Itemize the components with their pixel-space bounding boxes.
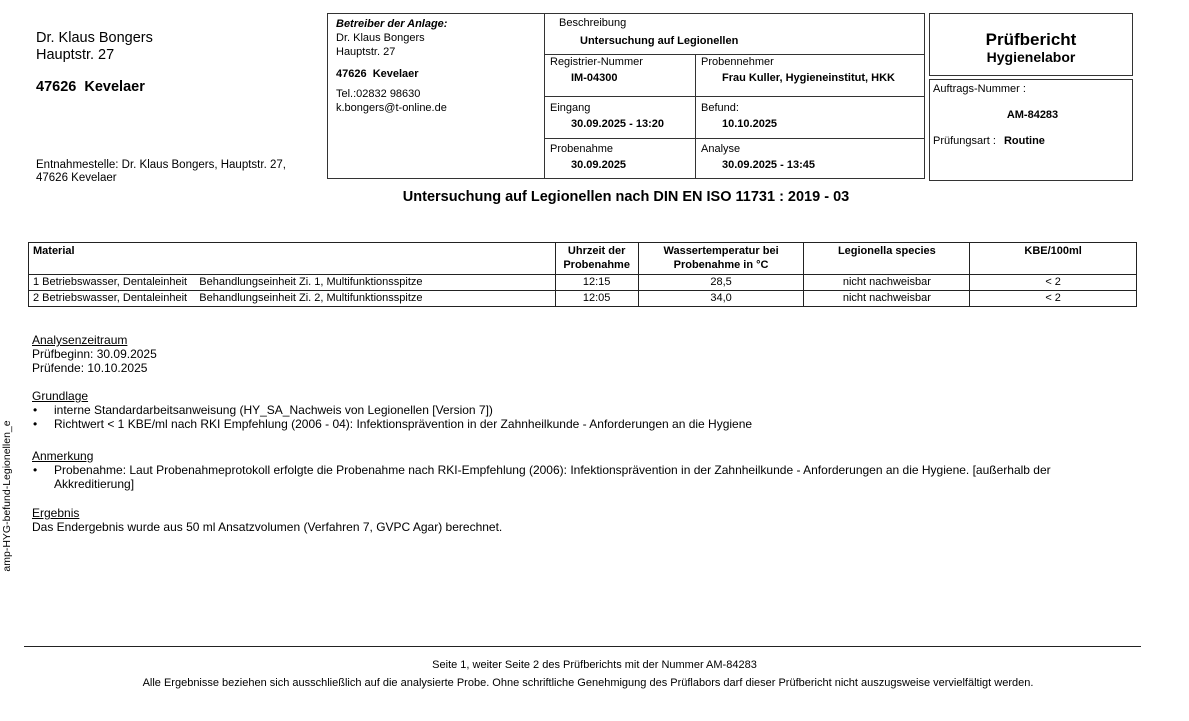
section-heading: Anmerkung xyxy=(32,449,1122,463)
cell-material: 1 Betriebswasser, Dentaleinheit Behandlu… xyxy=(29,275,556,291)
col-header-species: Legionella species xyxy=(804,243,970,275)
divider xyxy=(695,55,696,178)
table-header-row: Material Uhrzeit der Probenahme Wasserte… xyxy=(29,243,1137,275)
befund-cell: Befund: 10.10.2025 xyxy=(696,102,924,131)
list-item: interne Standardarbeitsanweisung (HY_SA_… xyxy=(32,403,1122,417)
cell-kbe: < 2 xyxy=(970,291,1137,307)
eingang-label: Eingang xyxy=(550,102,695,115)
analyse-cell: Analyse 30.09.2025 - 13:45 xyxy=(696,143,924,172)
operator-street: Hauptstr. 27 xyxy=(336,45,544,59)
section-analysenzeitraum: Analysenzeitraum Prüfbeginn: 30.09.2025 … xyxy=(32,333,1122,375)
footer-page-info: Seite 1, weiter Seite 2 des Prüfberichts… xyxy=(0,659,1189,671)
table-row: 1 Betriebswasser, Dentaleinheit Behandlu… xyxy=(29,275,1137,291)
test-type: Prüfungsart :Routine xyxy=(933,135,1132,147)
report-title-box: Prüfbericht Hygienelabor xyxy=(929,13,1133,76)
list-item: Richtwert < 1 KBE/ml nach RKI Empfehlung… xyxy=(32,417,1122,431)
recipient-name: Dr. Klaus Bongers xyxy=(36,30,153,47)
report-title: Prüfbericht xyxy=(930,31,1132,49)
section-anmerkung: Anmerkung Probenahme: Laut Probenahmepro… xyxy=(32,449,1122,491)
beschreibung-value: Untersuchung auf Legionellen xyxy=(580,34,924,48)
cell-time: 12:05 xyxy=(555,291,638,307)
side-document-code: amp-HYG-befund-Legionellen_e xyxy=(1,406,13,586)
anmerkung-list: Probenahme: Laut Probenahmeprotokoll erf… xyxy=(32,463,1122,491)
sample-info-grid: Beschreibung Untersuchung auf Legionelle… xyxy=(545,13,925,179)
test-end: Prüfende: 10.10.2025 xyxy=(32,361,1122,375)
divider xyxy=(545,138,924,139)
cell-material: 2 Betriebswasser, Dentaleinheit Behandlu… xyxy=(29,291,556,307)
order-label: Auftrags-Nummer : xyxy=(933,83,1132,95)
test-start: Prüfbeginn: 30.09.2025 xyxy=(32,347,1122,361)
cell-temperature: 34,0 xyxy=(638,291,804,307)
section-ergebnis: Ergebnis Das Endergebnis wurde aus 50 ml… xyxy=(32,506,1122,534)
registrier-value: IM-04300 xyxy=(571,71,695,85)
ergebnis-text: Das Endergebnis wurde aus 50 ml Ansatzvo… xyxy=(32,520,1122,534)
probennehmer-label: Probennehmer xyxy=(701,56,924,69)
befund-label: Befund: xyxy=(701,102,924,115)
operator-email: k.bongers@t-online.de xyxy=(336,101,544,115)
table-row: 2 Betriebswasser, Dentaleinheit Behandlu… xyxy=(29,291,1137,307)
cell-time: 12:15 xyxy=(555,275,638,291)
grundlage-list: interne Standardarbeitsanweisung (HY_SA_… xyxy=(32,403,1122,431)
operator-heading: Betreiber der Anlage: xyxy=(336,17,544,31)
section-heading: Ergebnis xyxy=(32,506,1122,520)
probennehmer-value: Frau Kuller, Hygieneinstitut, HKK xyxy=(722,71,924,85)
probenahme-label: Probenahme xyxy=(550,143,695,156)
col-header-time: Uhrzeit der Probenahme xyxy=(555,243,638,275)
operator-city: 47626 Kevelaer xyxy=(336,67,544,81)
probenahme-value: 30.09.2025 xyxy=(571,158,695,172)
analyse-value: 30.09.2025 - 13:45 xyxy=(722,158,924,172)
eingang-cell: Eingang 30.09.2025 - 13:20 xyxy=(545,102,695,131)
list-item: Probenahme: Laut Probenahmeprotokoll erf… xyxy=(32,463,1122,491)
registrier-label: Registrier-Nummer xyxy=(550,56,695,69)
divider xyxy=(545,54,924,55)
section-grundlage: Grundlage interne Standardarbeitsanweisu… xyxy=(32,389,1122,431)
cell-temperature: 28,5 xyxy=(638,275,804,291)
beschreibung-cell: Beschreibung Untersuchung auf Legionelle… xyxy=(554,17,924,48)
footer-disclaimer: Alle Ergebnisse beziehen sich ausschließ… xyxy=(0,677,1176,689)
recipient-address: Dr. Klaus Bongers Hauptstr. 27 47626 Kev… xyxy=(36,30,153,96)
recipient-city: 47626 Kevelaer xyxy=(36,79,153,96)
registrier-cell: Registrier-Nummer IM-04300 xyxy=(545,56,695,85)
col-header-kbe: KBE/100ml xyxy=(970,243,1137,275)
col-header-temperature: Wassertemperatur bei Probenahme in °C xyxy=(638,243,804,275)
divider xyxy=(545,96,924,97)
beschreibung-label: Beschreibung xyxy=(559,17,924,30)
order-number: AM-84283 xyxy=(933,109,1132,121)
cell-kbe: < 2 xyxy=(970,275,1137,291)
analyse-label: Analyse xyxy=(701,143,924,156)
results-table: Material Uhrzeit der Probenahme Wasserte… xyxy=(28,242,1137,307)
operator-phone: Tel.:02832 98630 xyxy=(336,87,544,101)
cell-species: nicht nachweisbar xyxy=(804,291,970,307)
order-box: Auftrags-Nummer : AM-84283 Prüfungsart :… xyxy=(929,79,1133,181)
eingang-value: 30.09.2025 - 13:20 xyxy=(571,117,695,131)
operator-name: Dr. Klaus Bongers xyxy=(336,31,544,45)
report-subtitle: Hygienelabor xyxy=(930,49,1132,65)
sampling-point: Entnahmestelle: Dr. Klaus Bongers, Haupt… xyxy=(36,159,316,185)
probennehmer-cell: Probennehmer Frau Kuller, Hygieneinstitu… xyxy=(696,56,924,85)
section-heading: Analysenzeitraum xyxy=(32,333,1122,347)
probenahme-cell: Probenahme 30.09.2025 xyxy=(545,143,695,172)
col-header-material: Material xyxy=(29,243,556,275)
recipient-street: Hauptstr. 27 xyxy=(36,47,153,64)
cell-species: nicht nachweisbar xyxy=(804,275,970,291)
befund-value: 10.10.2025 xyxy=(722,117,924,131)
operator-box: Betreiber der Anlage: Dr. Klaus Bongers … xyxy=(327,13,545,179)
test-type-value: Routine xyxy=(1004,135,1045,147)
footer-divider xyxy=(24,646,1141,647)
section-heading: Grundlage xyxy=(32,389,1122,403)
test-type-label: Prüfungsart : xyxy=(933,135,996,147)
document-title: Untersuchung auf Legionellen nach DIN EN… xyxy=(0,189,1189,205)
